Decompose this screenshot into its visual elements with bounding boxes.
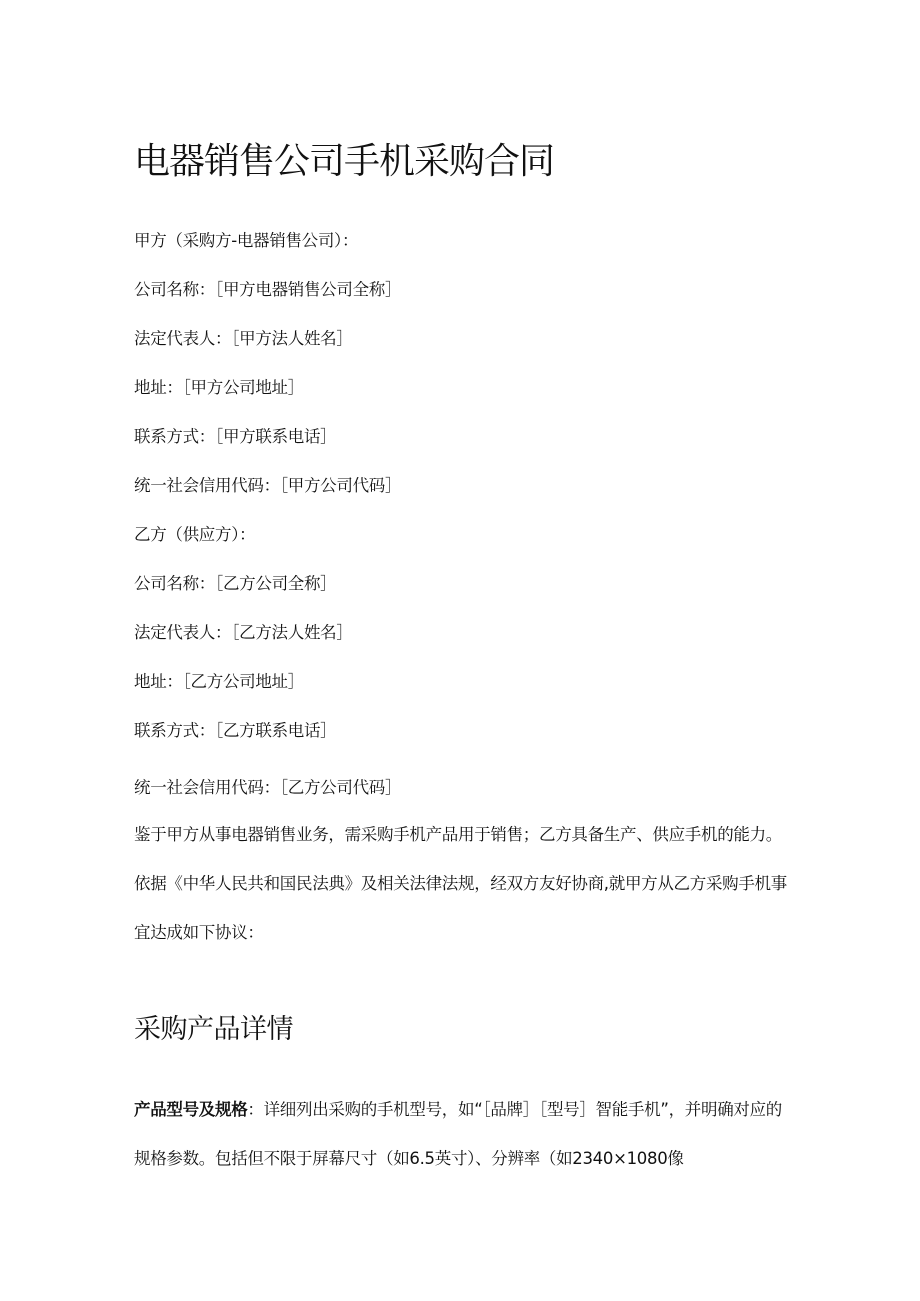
party-a-heading: 甲方（采购方-电器销售公司）： (134, 230, 358, 252)
party-a-legal-rep: 法定代表人：［甲方法人姓名］ (134, 328, 353, 350)
field-label: 公司名称： (134, 574, 215, 593)
field-label: 联系方式： (134, 427, 215, 446)
field-label: 法定代表人： (134, 329, 231, 348)
party-b-address: 地址：［乙方公司地址］ (134, 671, 304, 693)
document-title: 电器销售公司手机采购合同 (134, 140, 554, 184)
field-value: ［甲方公司地址］ (183, 378, 304, 397)
field-label: 联系方式： (134, 721, 215, 740)
preamble-paragraph: 鉴于甲方从事电器销售业务，需采购手机产品用于销售；乙方具备生产、供应手机的能力。… (134, 810, 794, 957)
field-label: 公司名称： (134, 280, 215, 299)
party-b-legal-rep: 法定代表人：［乙方法人姓名］ (134, 622, 353, 644)
party-b-company-name: 公司名称：［乙方公司全称］ (134, 573, 336, 595)
party-b-heading: 乙方（供应方）： (134, 524, 255, 546)
field-value: ［甲方法人姓名］ (231, 329, 352, 348)
field-label: 地址： (134, 672, 183, 691)
field-label: 地址： (134, 378, 183, 397)
field-value: ［甲方公司代码］ (280, 476, 401, 495)
field-value: ［乙方法人姓名］ (231, 623, 352, 642)
party-a-credit-code: 统一社会信用代码：［甲方公司代码］ (134, 475, 401, 497)
field-value: ［甲方联系电话］ (215, 427, 336, 446)
field-value: ［乙方公司地址］ (183, 672, 304, 691)
party-a-contact: 联系方式：［甲方联系电话］ (134, 426, 336, 448)
field-value: ［乙方公司全称］ (215, 574, 336, 593)
section-heading-product-details: 采购产品详情 (134, 1012, 293, 1048)
field-value: ［乙方公司代码］ (280, 778, 401, 797)
field-value: ［甲方电器销售公司全称］ (215, 280, 401, 299)
field-label: 统一社会信用代码： (134, 476, 280, 495)
field-value: ［乙方联系电话］ (215, 721, 336, 740)
party-a-company-name: 公司名称：［甲方电器销售公司全称］ (134, 279, 401, 301)
document-page: 电器销售公司手机采购合同 甲方（采购方-电器销售公司）： 公司名称：［甲方电器销… (0, 0, 920, 1301)
party-a-address: 地址：［甲方公司地址］ (134, 377, 304, 399)
field-label: 法定代表人： (134, 623, 231, 642)
product-spec-paragraph: 产品型号及规格：详细列出采购的手机型号，如“［品牌］［型号］智能手机”，并明确对… (134, 1085, 794, 1183)
party-b-contact: 联系方式：［乙方联系电话］ (134, 720, 336, 742)
party-b-credit-code: 统一社会信用代码：［乙方公司代码］ (134, 777, 401, 799)
field-label: 统一社会信用代码： (134, 778, 280, 797)
product-spec-label: 产品型号及规格 (134, 1100, 247, 1119)
